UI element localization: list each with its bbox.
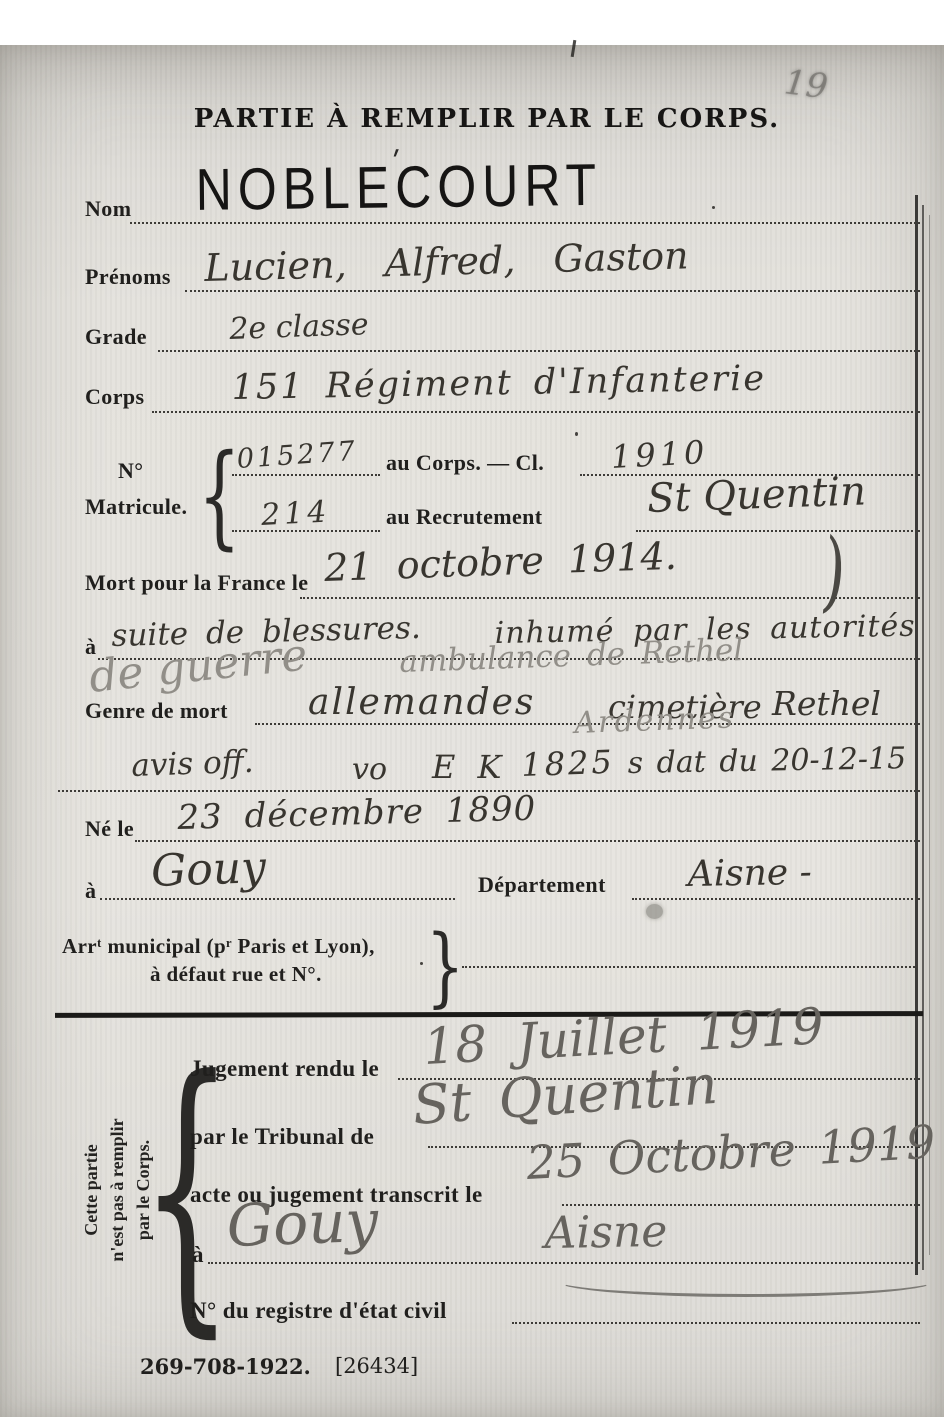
nom-value-handwritten: NOBLECOURT (195, 151, 602, 224)
recrutement-dotted (636, 530, 920, 532)
jugement-label: Jugement rendu le (190, 1056, 379, 1082)
matricule-label: Matricule. (85, 494, 187, 520)
prenoms-label: Prénoms (85, 264, 171, 290)
scanned-military-record: 19 PARTIE À REMPLIR PAR LE CORPS. Nom ʹ … (0, 0, 944, 1417)
arr-municipal-label-line2: à défaut rue et N°. (150, 962, 322, 987)
pencil-flourish-stroke (558, 1266, 934, 1297)
lieu-naissance-dotted-1 (100, 898, 455, 900)
avis-ek-handwritten: E K (432, 748, 507, 786)
matricule-no-label: N° (118, 458, 144, 484)
grade-label: Grade (85, 324, 147, 350)
avis-off-handwritten: avis off. (131, 744, 254, 784)
classe-value-handwritten: 1910 (610, 433, 709, 476)
matricule-brace: { (198, 440, 241, 552)
corps-dotted-line (152, 411, 920, 413)
grade-dotted-line (158, 350, 920, 352)
lieu-naissance-value-handwritten: Gouy (150, 842, 267, 897)
scan-edge-line (929, 215, 930, 1255)
document-title: PARTIE À REMPLIR PAR LE CORPS. (30, 104, 944, 134)
corps-label: Corps (85, 384, 144, 410)
recrutement-value-handwritten: St Quentin (646, 468, 866, 522)
departement-label: Département (478, 872, 606, 898)
arr-municipal-brace: } (426, 924, 464, 1010)
au-corps-label: au Corps. — Cl. (386, 450, 544, 476)
lieu-naissance-dotted-2 (632, 898, 920, 900)
scan-edge-line (915, 195, 918, 1275)
corner-smudge: 19 (782, 62, 830, 107)
scan-speck (712, 206, 715, 209)
nom-label: Nom (85, 196, 131, 222)
registre-dotted-line (512, 1322, 920, 1324)
avis-date-handwritten: s dat du 20-12-15 (627, 741, 906, 781)
sidebar-note-line2: n'est pas à remplir (104, 1075, 130, 1305)
genre-mort-label: Genre de mort (85, 698, 228, 724)
au-recrutement-label: au Recrutement (386, 504, 543, 530)
sidebar-note-line1: Cette partie (78, 1075, 104, 1305)
lieu-jugement-value-handwritten: Gouy (226, 1187, 380, 1260)
genre-value-allemandes: allemandes (308, 682, 535, 723)
lieu-jugement-label: à (192, 1242, 204, 1268)
grade-value-handwritten: 2e classe (229, 307, 369, 347)
scan-speck (420, 962, 423, 965)
avis-number-handwritten: 1825 (521, 743, 616, 784)
naissance-label: Né le (85, 816, 134, 842)
footer-bracket-number: [26434] (335, 1354, 418, 1378)
lieu-naissance-label: à (85, 878, 96, 904)
matricule-corps-dotted (232, 474, 380, 476)
departement-value-handwritten: Aisne - (687, 852, 812, 895)
transcrit-dotted-line (562, 1204, 920, 1206)
scan-edge-line (922, 205, 924, 1270)
prenoms-dotted-line (185, 290, 920, 292)
matricule-recrutement-number: 214 (260, 494, 331, 533)
tribunal-label: par le Tribunal de (190, 1124, 374, 1150)
lieu-jugement-dotted-line (208, 1262, 920, 1264)
lieu-jugement-dep-handwritten: Aisne (544, 1206, 668, 1259)
footer-print-code: 269-708-1922. (140, 1354, 311, 1379)
genre-value-rethel: Rethel (772, 684, 881, 723)
mort-label: Mort pour la France le (85, 570, 308, 596)
registre-label: N° du registre d'état civil (190, 1298, 447, 1324)
genre-pencil-ardennes: Ardennes (574, 700, 736, 741)
scan-blob (646, 904, 663, 919)
arr-municipal-dotted-line (462, 966, 918, 968)
scan-speck (575, 432, 578, 436)
arr-municipal-label-line1: Arrᵗ municipal (pʳ Paris et Lyon), (62, 934, 375, 959)
avis-vo-handwritten: vo (352, 752, 387, 787)
